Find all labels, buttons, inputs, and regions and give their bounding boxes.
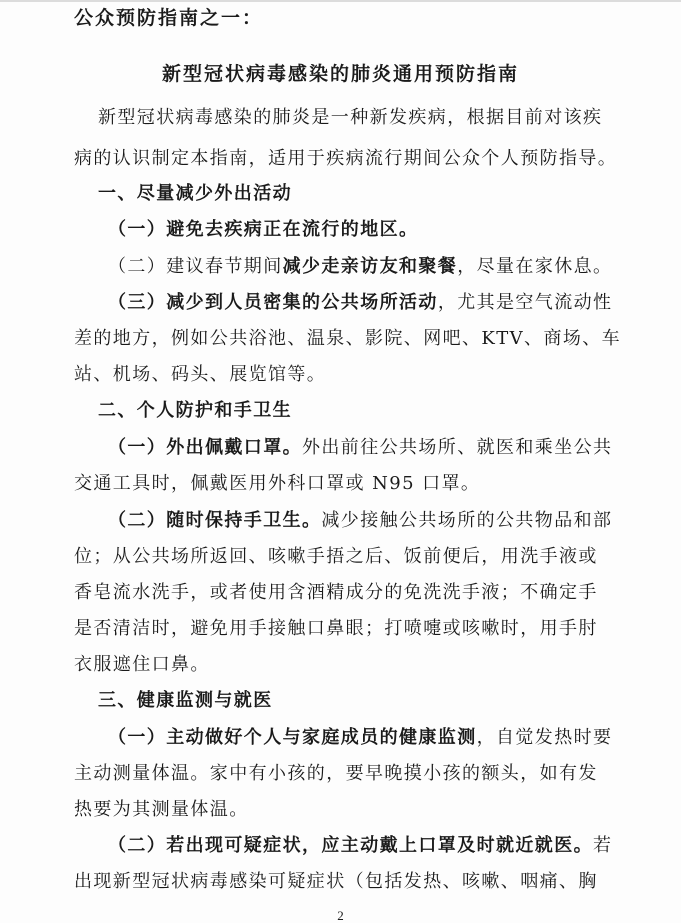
- text-segment: 减少接触公共场所的公共物品和部: [321, 510, 612, 531]
- intro-line-1: 新型冠状病毒感染的肺炎是一种新发疾病，根据目前对该疾: [98, 106, 602, 130]
- section-heading-2: 二、个人防护和手卫生: [98, 399, 292, 423]
- section-1-item-1-line-1: （一）避免去疾病正在流行的地区。: [108, 218, 418, 242]
- bold-segment: 减少走亲访友和聚餐: [283, 256, 458, 277]
- section-3-item-1-line-3: 热要为其测量体温。: [74, 798, 249, 822]
- bold-segment: （二）随时保持手卫生。: [108, 510, 321, 531]
- section-3-item-2-line-1: （二）若出现可疑症状，应主动戴上口罩及时就近就医。若: [108, 834, 612, 858]
- bold-segment: （三）减少到人员密集的公共场所活动: [108, 292, 438, 313]
- text-segment: 若: [593, 835, 612, 856]
- series-heading: 公众预防指南之一：: [74, 6, 263, 30]
- bold-segment: （一）外出佩戴口罩。: [108, 437, 302, 458]
- section-1-item-3-line-1: （三）减少到人员密集的公共场所活动，尤其是空气流动性: [108, 291, 612, 315]
- section-1-item-3-line-2: 差的地方，例如公共浴池、温泉、影院、网吧、KTV、商场、车: [74, 327, 621, 351]
- section-3-item-1-line-2: 主动测量体温。家中有小孩的，要早晚摸小孩的额头，如有发: [74, 762, 598, 786]
- text-segment: ，自觉发热时要: [477, 727, 613, 748]
- section-1-item-3-line-3: 站、机场、码头、展览馆等。: [74, 363, 326, 387]
- section-2-item-2-line-4: 是否清洁时，避免用手接触口鼻眼；打喷嚏或咳嗽时，用手肘: [74, 617, 598, 641]
- section-2-item-2-line-5: 衣服遮住口鼻。: [74, 653, 210, 677]
- section-3-item-2-line-2: 出现新型冠状病毒感染可疑症状（包括发热、咳嗽、咽痛、胸: [74, 870, 598, 894]
- text-segment: 外出前往公共场所、就医和乘坐公共: [302, 437, 612, 458]
- text-segment: ，尤其是空气流动性: [438, 292, 613, 313]
- section-3-item-1-line-1: （一）主动做好个人与家庭成员的健康监测，自觉发热时要: [108, 726, 612, 750]
- section-2-item-2-line-2: 位；从公共场所返回、咳嗽手捂之后、饭前便后，用洗手液或: [74, 545, 598, 569]
- section-1-item-2-line-1: （二）建议春节期间减少走亲访友和聚餐，尽量在家休息。: [108, 255, 612, 279]
- section-2-item-1-line-2: 交通工具时，佩戴医用外科口罩或 N95 口罩。: [74, 472, 480, 496]
- intro-line-2: 病的认识制定本指南，适用于疾病流行期间公众个人预防指导。: [74, 147, 617, 171]
- section-2-item-1-line-1: （一）外出佩戴口罩。外出前往公共场所、就医和乘坐公共: [108, 436, 612, 460]
- section-heading-3: 三、健康监测与就医: [98, 689, 273, 713]
- text-segment: ，尽量在家休息。: [457, 256, 612, 277]
- bold-segment: （一）主动做好个人与家庭成员的健康监测: [108, 727, 477, 748]
- section-2-item-2-line-3: 香皂流水洗手，或者使用含酒精成分的免洗洗手液；不确定手: [74, 581, 598, 605]
- bold-segment: （一）避免去疾病正在流行的地区。: [108, 219, 418, 240]
- section-heading-1: 一、尽量减少外出活动: [98, 182, 292, 206]
- page-number: 2: [0, 908, 681, 923]
- bold-segment: （二）若出现可疑症状，应主动戴上口罩及时就近就医。: [108, 835, 593, 856]
- text-segment: （二）建议春节期间: [108, 256, 283, 277]
- document-page: 公众预防指南之一： 新型冠状病毒感染的肺炎通用预防指南 新型冠状病毒感染的肺炎是…: [0, 2, 681, 923]
- document-title: 新型冠状病毒感染的肺炎通用预防指南: [0, 62, 681, 86]
- section-2-item-2-line-1: （二）随时保持手卫生。减少接触公共场所的公共物品和部: [108, 509, 612, 533]
